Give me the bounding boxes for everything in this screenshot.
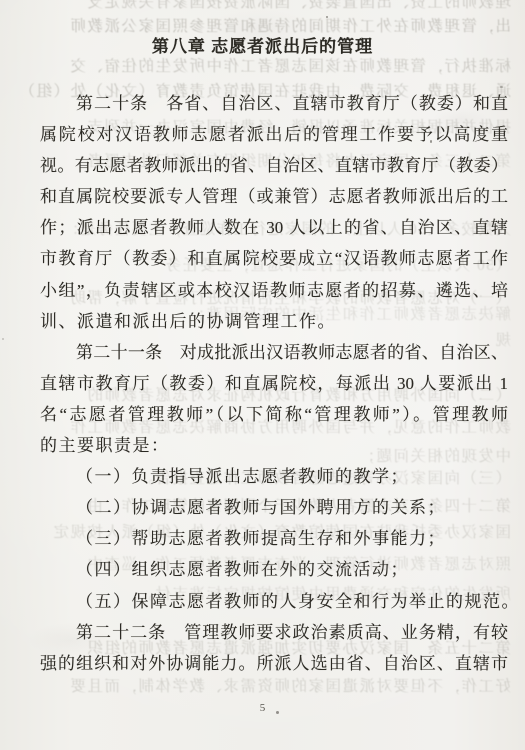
scan-speck — [326, 16, 328, 18]
text-line: 作；派出志愿者教师人数在 30 人以上的省、自治区、直辖 — [40, 212, 508, 243]
text-line: 第二十条 各省、自治区、直辖市教育厅（教委）和直 — [40, 88, 508, 119]
scan-speck — [276, 711, 279, 714]
text-line: 小组”，负责辖区或本校汉语教师志愿者的招募、遴选、培 — [40, 275, 508, 306]
text-line: （五）保障志愿者教师的人身安全和行为举止的规范。 — [40, 586, 508, 617]
text-line: 属院校对汉语教师志愿者派出后的管理工作要予以高度重 — [40, 119, 508, 150]
scan-speck — [500, 86, 503, 88]
text-line: （三）帮助志愿者教师提高生存和外事能力； — [40, 523, 508, 554]
text-line: （四）组织志愿者教师在外的交流活动； — [40, 554, 508, 585]
text-line: 第二十二条 管理教师要求政治素质高、业务精，有较 — [40, 617, 508, 648]
text-line: 市教育厅（教委）和直属院校要成立“汉语教师志愿者工作 — [40, 243, 508, 274]
chapter-heading: 第八章 志愿者派出后的管理 — [0, 32, 525, 57]
bleed-through-text: 好工作，不但要对派遣国家的师资需求、教学体制，而且要 — [14, 676, 511, 698]
text-line: 直辖市教育厅（教委）和直属院校，每派出 30 人要派出 1 — [40, 368, 508, 399]
text-line: 的主要职责是： — [40, 430, 508, 461]
scan-speck — [2, 338, 4, 340]
scanned-document-page: 理教师的工资、出国置装费、国际旅费按国家有关规定支出，管理教师在外工作期间的待遇… — [0, 0, 525, 750]
text-line: 训、派遣和派出后的协调管理工作。 — [40, 306, 508, 337]
bleed-through-text: 标准执行，管理教师在该国志愿者工作中所发生的住宿、交 — [14, 56, 511, 78]
scan-speck — [430, 140, 432, 143]
text-line: （一）负责指导派出志愿者教师的教学； — [40, 461, 508, 492]
bleed-through-text: 理教师的工资、出国置装费、国际旅费按国家有关规定支 — [14, 0, 511, 14]
text-line: （二）协调志愿者教师与国外聘用方的关系； — [40, 492, 508, 523]
text-line: 视。有志愿者教师派出的省、自治区、直辖市教育厅（教委） — [40, 150, 508, 181]
text-line: 和直属院校要派专人管理（或兼管）志愿者教师派出后的工 — [40, 181, 508, 212]
text-line: 强的组织和对外协调能力。所派人选由省、自治区、直辖市 — [40, 648, 508, 679]
document-body: 第二十条 各省、自治区、直辖市教育厅（教委）和直属院校对汉语教师志愿者派出后的管… — [40, 88, 508, 679]
text-line: 第二十一条 对成批派出汉语教师志愿者的省、自治区、 — [40, 337, 508, 368]
page-number: 5 — [0, 702, 525, 714]
text-line: 名“志愿者管理教师”（以下简称“管理教师”）。管理教师 — [40, 399, 508, 430]
